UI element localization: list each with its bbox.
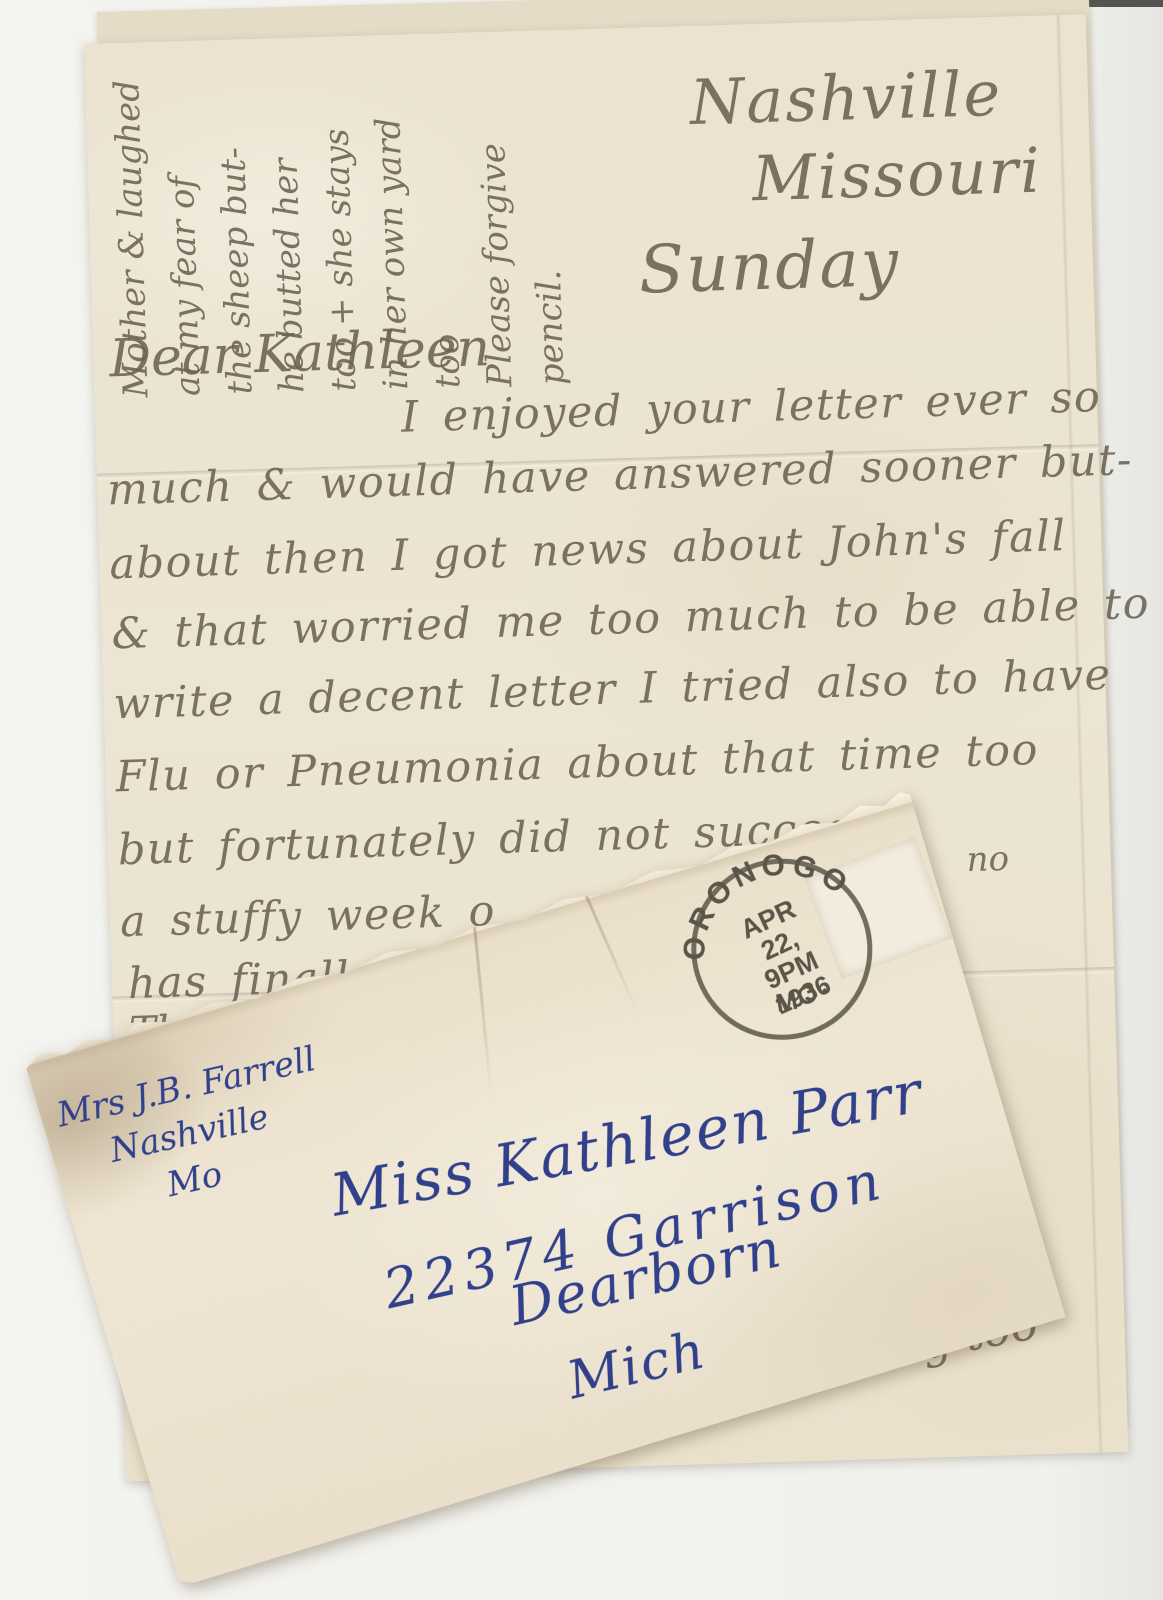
envelope-crease [584, 893, 639, 1013]
envelope-crease [473, 926, 493, 1100]
body-line: much & would have answered sooner but- [107, 435, 1134, 515]
body-line: & that worried me too much to be able to [111, 579, 1151, 660]
fold-crease-vertical [1056, 15, 1104, 1453]
letter-heading-city: Nashville [689, 57, 1003, 139]
recipient-state: Mich [562, 1320, 713, 1411]
text-fragment-beside-envelope: no [966, 839, 1010, 880]
return-address: Mrs J.B. Farrell Nashville Mo [53, 1036, 340, 1228]
letter-heading-state: Missouri [751, 134, 1043, 216]
body-line: write a decent letter I tried also to ha… [113, 650, 1112, 730]
letter-heading-day: Sunday [638, 224, 901, 309]
salutation: Dear Kathleen [108, 318, 490, 389]
cross-note-line: pencil. [517, 55, 579, 386]
body-line: about then I got news about John's fall [109, 511, 1068, 589]
scanned-letter-and-envelope: Nashville Missouri Sunday Mother & laugh… [0, 0, 1163, 1600]
